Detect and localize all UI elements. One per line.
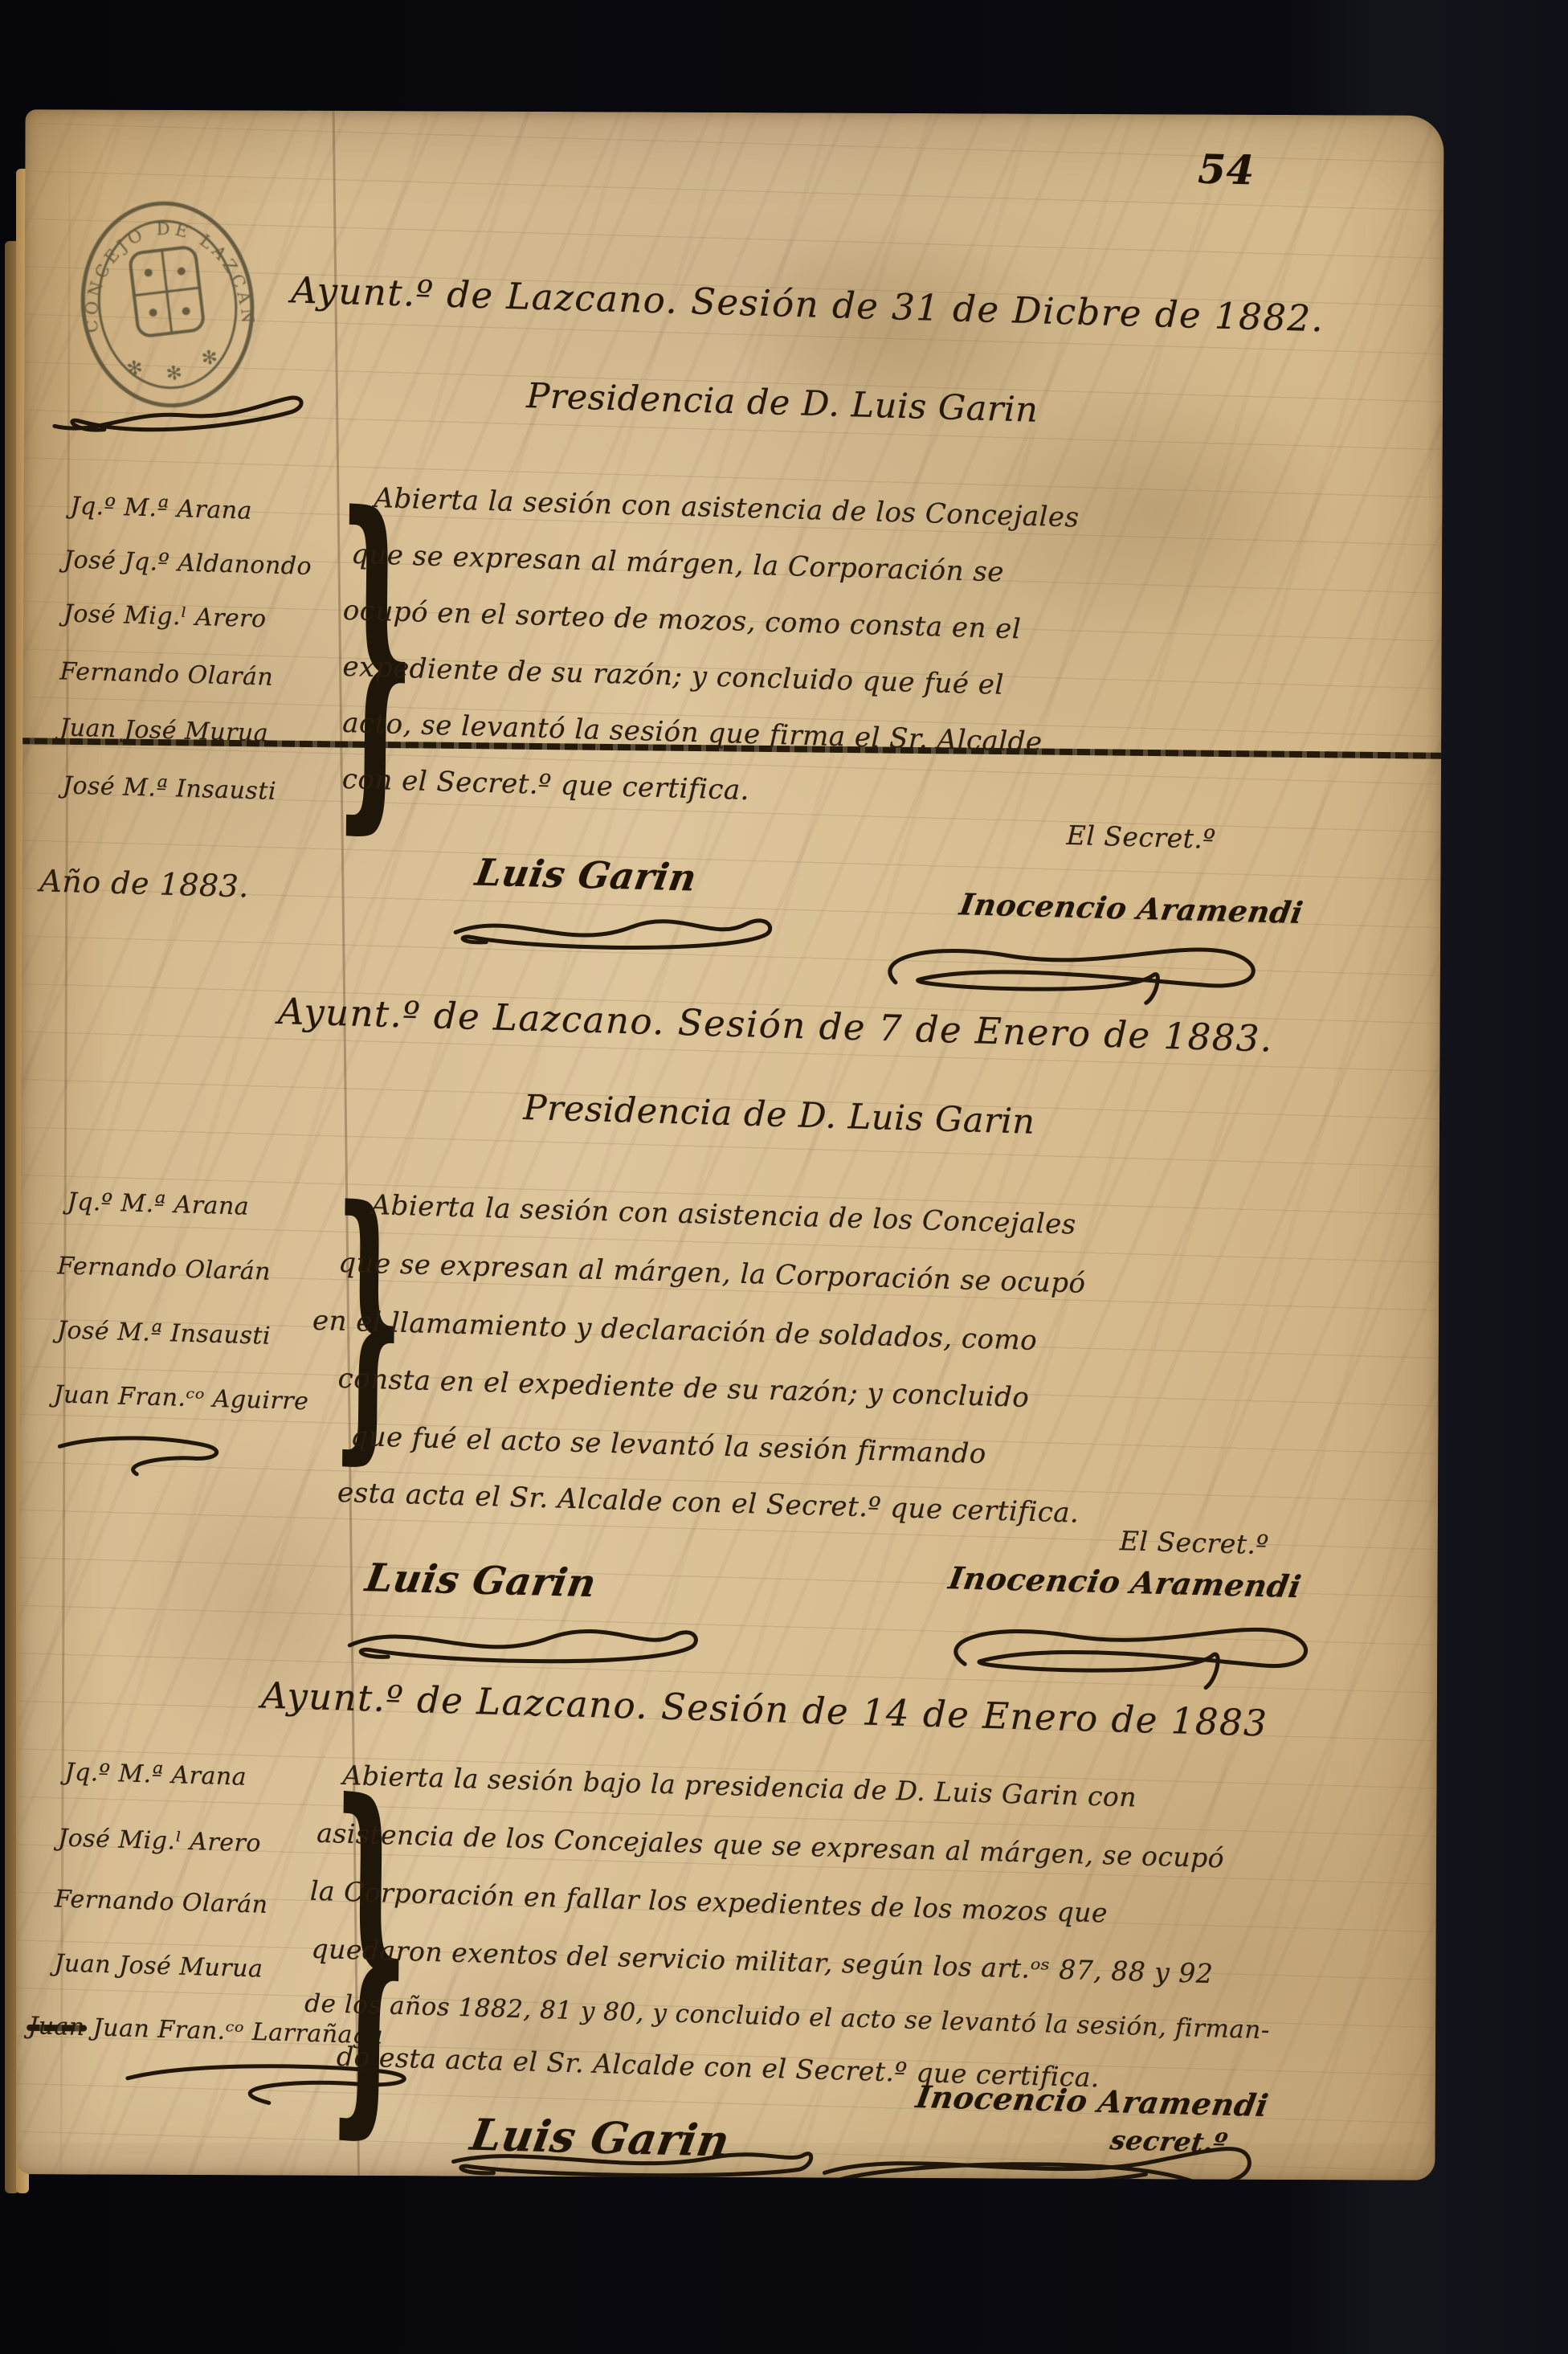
minutes-text-line: Abierta la sesión con asistencia de los …	[374, 482, 1080, 534]
struck-out-word: Juan	[28, 2012, 86, 2041]
session-subheading: Presidencia de D. Luis Garin	[418, 1085, 1141, 1145]
alcalde-signature: Luis Garin	[362, 1555, 599, 1606]
minutes-text-line: Abierta la sesión con asistencia de los …	[370, 1189, 1076, 1241]
signature-rubric	[917, 1612, 1334, 1691]
svg-text:CONCEJO DE LAZCANO: CONCEJO DE LAZCANO	[64, 186, 259, 348]
margin-name: José Mig.ˡ Arero	[58, 1824, 262, 1857]
margin-name: Jq.º M.ª Arana	[67, 1187, 249, 1220]
minutes-text-line: que se expresan al márgen, la Corporació…	[351, 538, 1005, 589]
margin-name: Fernando Olarán	[54, 1885, 268, 1919]
pen-flourish	[48, 379, 313, 444]
margin-name: José M.ª Insausti	[62, 771, 276, 805]
stamp-star-icon: ✻	[200, 345, 218, 370]
margin-name: José Jq.º Aldanondo	[63, 546, 312, 581]
minutes-text-line: que fué el acto se levantó la sesión fir…	[350, 1420, 986, 1470]
margin-name: Jq.º M.ª Arana	[70, 492, 252, 525]
signature-rubric	[447, 905, 785, 958]
minutes-text-line: de los años 1882, 81 y 80, y concluido e…	[304, 1989, 1271, 2045]
page-number: 54	[1197, 145, 1255, 194]
pen-flourish	[48, 1432, 241, 1481]
secretario-signature: Inocencio Aramendi	[946, 1559, 1304, 1604]
session-heading: Ayunt.º de Lazcano. Sesión de 31 de Dicb…	[265, 268, 1350, 341]
minutes-text-line: que se expresan al márgen, la Corporació…	[338, 1247, 1086, 1300]
minutes-text-line: en el llamamiento y declaración de solda…	[312, 1305, 1037, 1357]
scanned-minutes-book-photo: { "page_number": "54", "stamp": { "ring_…	[0, 0, 1568, 2354]
margin-name: Juan Fran.ᶜᵒ Aguirre	[53, 1380, 309, 1416]
secretario-signature: Inocencio Aramendi	[958, 886, 1306, 930]
minutes-text-line: la Corporación en fallar los expedientes…	[309, 1875, 1108, 1929]
minutes-text-line: consta en el expediente de su razón; y c…	[337, 1363, 1030, 1414]
margin-name: Juan José Murua	[54, 1949, 263, 1983]
signature-rubric	[340, 1615, 709, 1673]
minutes-text-line: esta acta el Sr. Alcalde con el Secret.º…	[337, 1477, 1080, 1530]
minutes-text-line: Abierta la sesión bajo la presidencia de…	[342, 1759, 1137, 1813]
stamp-star-icon: ✻	[125, 356, 144, 380]
margin-name: Fernando Olarán	[59, 657, 274, 691]
minutes-text-line: asistencia de los Concejales que se expr…	[316, 1817, 1225, 1874]
margin-name: Fernando Olarán	[57, 1252, 272, 1285]
signature-rubric	[445, 2142, 823, 2180]
minutes-text-line: quedaron exentos del servicio militar, s…	[311, 1933, 1214, 1989]
stamp-ring-text: CONCEJO DE LAZCANO	[64, 186, 259, 348]
margin-name: José M.ª Insausti	[56, 1316, 271, 1350]
manuscript-page: 54 CONCEJO DE LAZCANO ✻ ✻ ✻ Ayunt.º de L…	[16, 109, 1443, 2180]
year-margin-note: Año de 1883.	[39, 863, 250, 904]
secretary-label: El Secret.º	[1066, 819, 1216, 855]
margin-name: Jq.º M.ª Arana	[64, 1758, 247, 1791]
signature-rubric	[864, 934, 1281, 1010]
minutes-text-line: ocupó en el sorteo de mozos, como consta…	[342, 595, 1021, 646]
signature-rubric	[808, 2137, 1274, 2180]
alcalde-signature: Luis Garin	[472, 851, 700, 900]
session-subheading: Presidencia de D. Luis Garin	[420, 373, 1144, 433]
secretary-label: El Secret.º	[1119, 1525, 1269, 1560]
secretario-signature: Inocencio Aramendi	[913, 2078, 1271, 2123]
margin-name: José Mig.ˡ Arero	[63, 599, 267, 633]
minutes-text-line: expediente de su razón; y concluido que …	[342, 651, 1004, 701]
